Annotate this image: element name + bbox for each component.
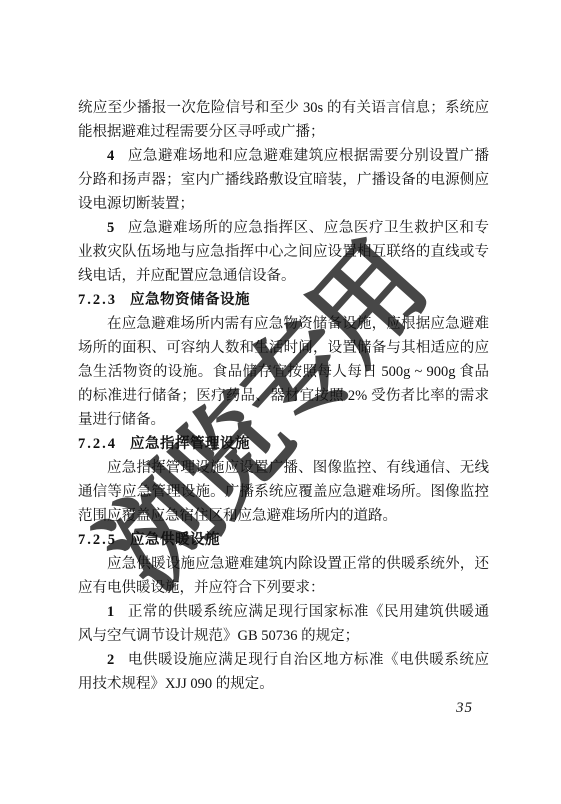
line-text: 业救灾队伍场地与应急指挥中心之间应设置相互联络的直线或专 bbox=[78, 244, 489, 260]
text-line: 2电供暖设施应满足现行自治区地方标准《电供暖系统应 bbox=[78, 648, 489, 672]
line-text: 能根据避难过程需要分区寻呼或广播； bbox=[78, 124, 325, 140]
section-heading: 7.2.4应急指挥管理设施 bbox=[78, 432, 489, 456]
text-line: 业救灾队伍场地与应急指挥中心之间应设置相互联络的直线或专 bbox=[78, 240, 489, 264]
text-line: 急生活物资的设施。食品储存宜按照每人每日 500g ~ 900g 食品 bbox=[78, 360, 489, 384]
text-line: 应急指挥管理设施应设置广播、图像监控、有线通信、无线 bbox=[78, 456, 489, 480]
text-line: 的标准进行储备；医疗药品、器材宜按照 2% 受伤者比率的需求 bbox=[78, 384, 489, 408]
item-number: 5 bbox=[107, 220, 114, 236]
section-heading: 7.2.5应急供暖设施 bbox=[78, 528, 489, 552]
line-text: 用技术规程》XJJ 090 的规定。 bbox=[78, 676, 274, 692]
line-text: 通信等应急管理设施。广播系统应覆盖应急避难场所。图像监控 bbox=[78, 484, 489, 500]
text-line: 分路和扬声器；室内广播线路敷设宜暗装，广播设备的电源侧应 bbox=[78, 168, 489, 192]
line-text: 分路和扬声器；室内广播线路敷设宜暗装，广播设备的电源侧应 bbox=[78, 172, 489, 188]
text-line: 4应急避难场地和应急避难建筑应根据需要分别设置广播 bbox=[78, 144, 489, 168]
line-text: 应急避难场地和应急避难建筑应根据需要分别设置广播 bbox=[127, 148, 489, 164]
line-text: 应急指挥管理设施应设置广播、图像监控、有线通信、无线 bbox=[107, 460, 489, 476]
text-line: 场所的面积、可容纳人数和生活时间，设置储备与其相适应的应 bbox=[78, 336, 489, 360]
clause-number: 7.2.5 bbox=[78, 532, 117, 548]
text-line: 能根据避难过程需要分区寻呼或广播； bbox=[78, 120, 489, 144]
text-line: 用技术规程》XJJ 090 的规定。 bbox=[78, 672, 489, 696]
line-text: 量进行储备。 bbox=[78, 412, 165, 428]
section-heading: 7.2.3应急物资储备设施 bbox=[78, 288, 489, 312]
document-text: 统应至少播报一次危险信号和至少 30s 的有关语言信息；系统应能根据避难过程需要… bbox=[78, 96, 489, 696]
text-line: 设电源切断装置； bbox=[78, 192, 489, 216]
line-text: 应急供暖设施 bbox=[130, 532, 220, 548]
line-text: 线电话，并应配置应急通信设备。 bbox=[78, 268, 296, 284]
text-line: 通信等应急管理设施。广播系统应覆盖应急避难场所。图像监控 bbox=[78, 480, 489, 504]
text-line: 统应至少播报一次危险信号和至少 30s 的有关语言信息；系统应 bbox=[78, 96, 489, 120]
line-text: 正常的供暖系统应满足现行国家标准《民用建筑供暖通 bbox=[127, 604, 489, 620]
text-line: 应急供暖设施应急避难建筑内除设置正常的供暖系统外，还 bbox=[78, 552, 489, 576]
line-text: 统应至少播报一次危险信号和至少 30s 的有关语言信息；系统应 bbox=[78, 100, 489, 116]
item-number: 2 bbox=[107, 652, 114, 668]
line-text: 风与空气调节设计规范》GB 50736 的规定； bbox=[78, 628, 359, 644]
line-text: 应急物资储备设施 bbox=[130, 292, 250, 308]
item-number: 1 bbox=[107, 604, 114, 620]
text-line: 范围应覆盖应急宿住区和应急避难场所内的道路。 bbox=[78, 504, 489, 528]
text-line: 5应急避难场所的应急指挥区、应急医疗卫生救护区和专 bbox=[78, 216, 489, 240]
item-number: 4 bbox=[107, 148, 114, 164]
line-text: 应急供暖设施应急避难建筑内除设置正常的供暖系统外，还 bbox=[107, 556, 489, 572]
text-line: 1正常的供暖系统应满足现行国家标准《民用建筑供暖通 bbox=[78, 600, 489, 624]
line-text: 急生活物资的设施。食品储存宜按照每人每日 500g ~ 900g 食品 bbox=[78, 364, 489, 380]
text-line: 线电话，并应配置应急通信设备。 bbox=[78, 264, 489, 288]
text-line: 量进行储备。 bbox=[78, 408, 489, 432]
line-text: 场所的面积、可容纳人数和生活时间，设置储备与其相适应的应 bbox=[78, 340, 489, 356]
line-text: 在应急避难场所内需有应急物资储备设施，应根据应急避难 bbox=[107, 316, 489, 332]
line-text: 电供暖设施应满足现行自治区地方标准《电供暖系统应 bbox=[127, 652, 489, 668]
document-page: 浏览专用 统应至少播报一次危险信号和至少 30s 的有关语言信息；系统应能根据避… bbox=[0, 0, 561, 804]
text-line: 在应急避难场所内需有应急物资储备设施，应根据应急避难 bbox=[78, 312, 489, 336]
line-text: 的标准进行储备；医疗药品、器材宜按照 2% 受伤者比率的需求 bbox=[78, 388, 489, 404]
clause-number: 7.2.4 bbox=[78, 436, 117, 452]
line-text: 应急避难场所的应急指挥区、应急医疗卫生救护区和专 bbox=[127, 220, 489, 236]
text-line: 应有电供暖设施，并应符合下列要求： bbox=[78, 576, 489, 600]
text-line: 风与空气调节设计规范》GB 50736 的规定； bbox=[78, 624, 489, 648]
line-text: 设电源切断装置； bbox=[78, 196, 194, 212]
line-text: 应有电供暖设施，并应符合下列要求： bbox=[78, 580, 325, 596]
line-text: 范围应覆盖应急宿住区和应急避难场所内的道路。 bbox=[78, 508, 397, 524]
line-text: 应急指挥管理设施 bbox=[130, 436, 250, 452]
clause-number: 7.2.3 bbox=[78, 292, 117, 308]
page-number: 35 bbox=[456, 700, 473, 717]
